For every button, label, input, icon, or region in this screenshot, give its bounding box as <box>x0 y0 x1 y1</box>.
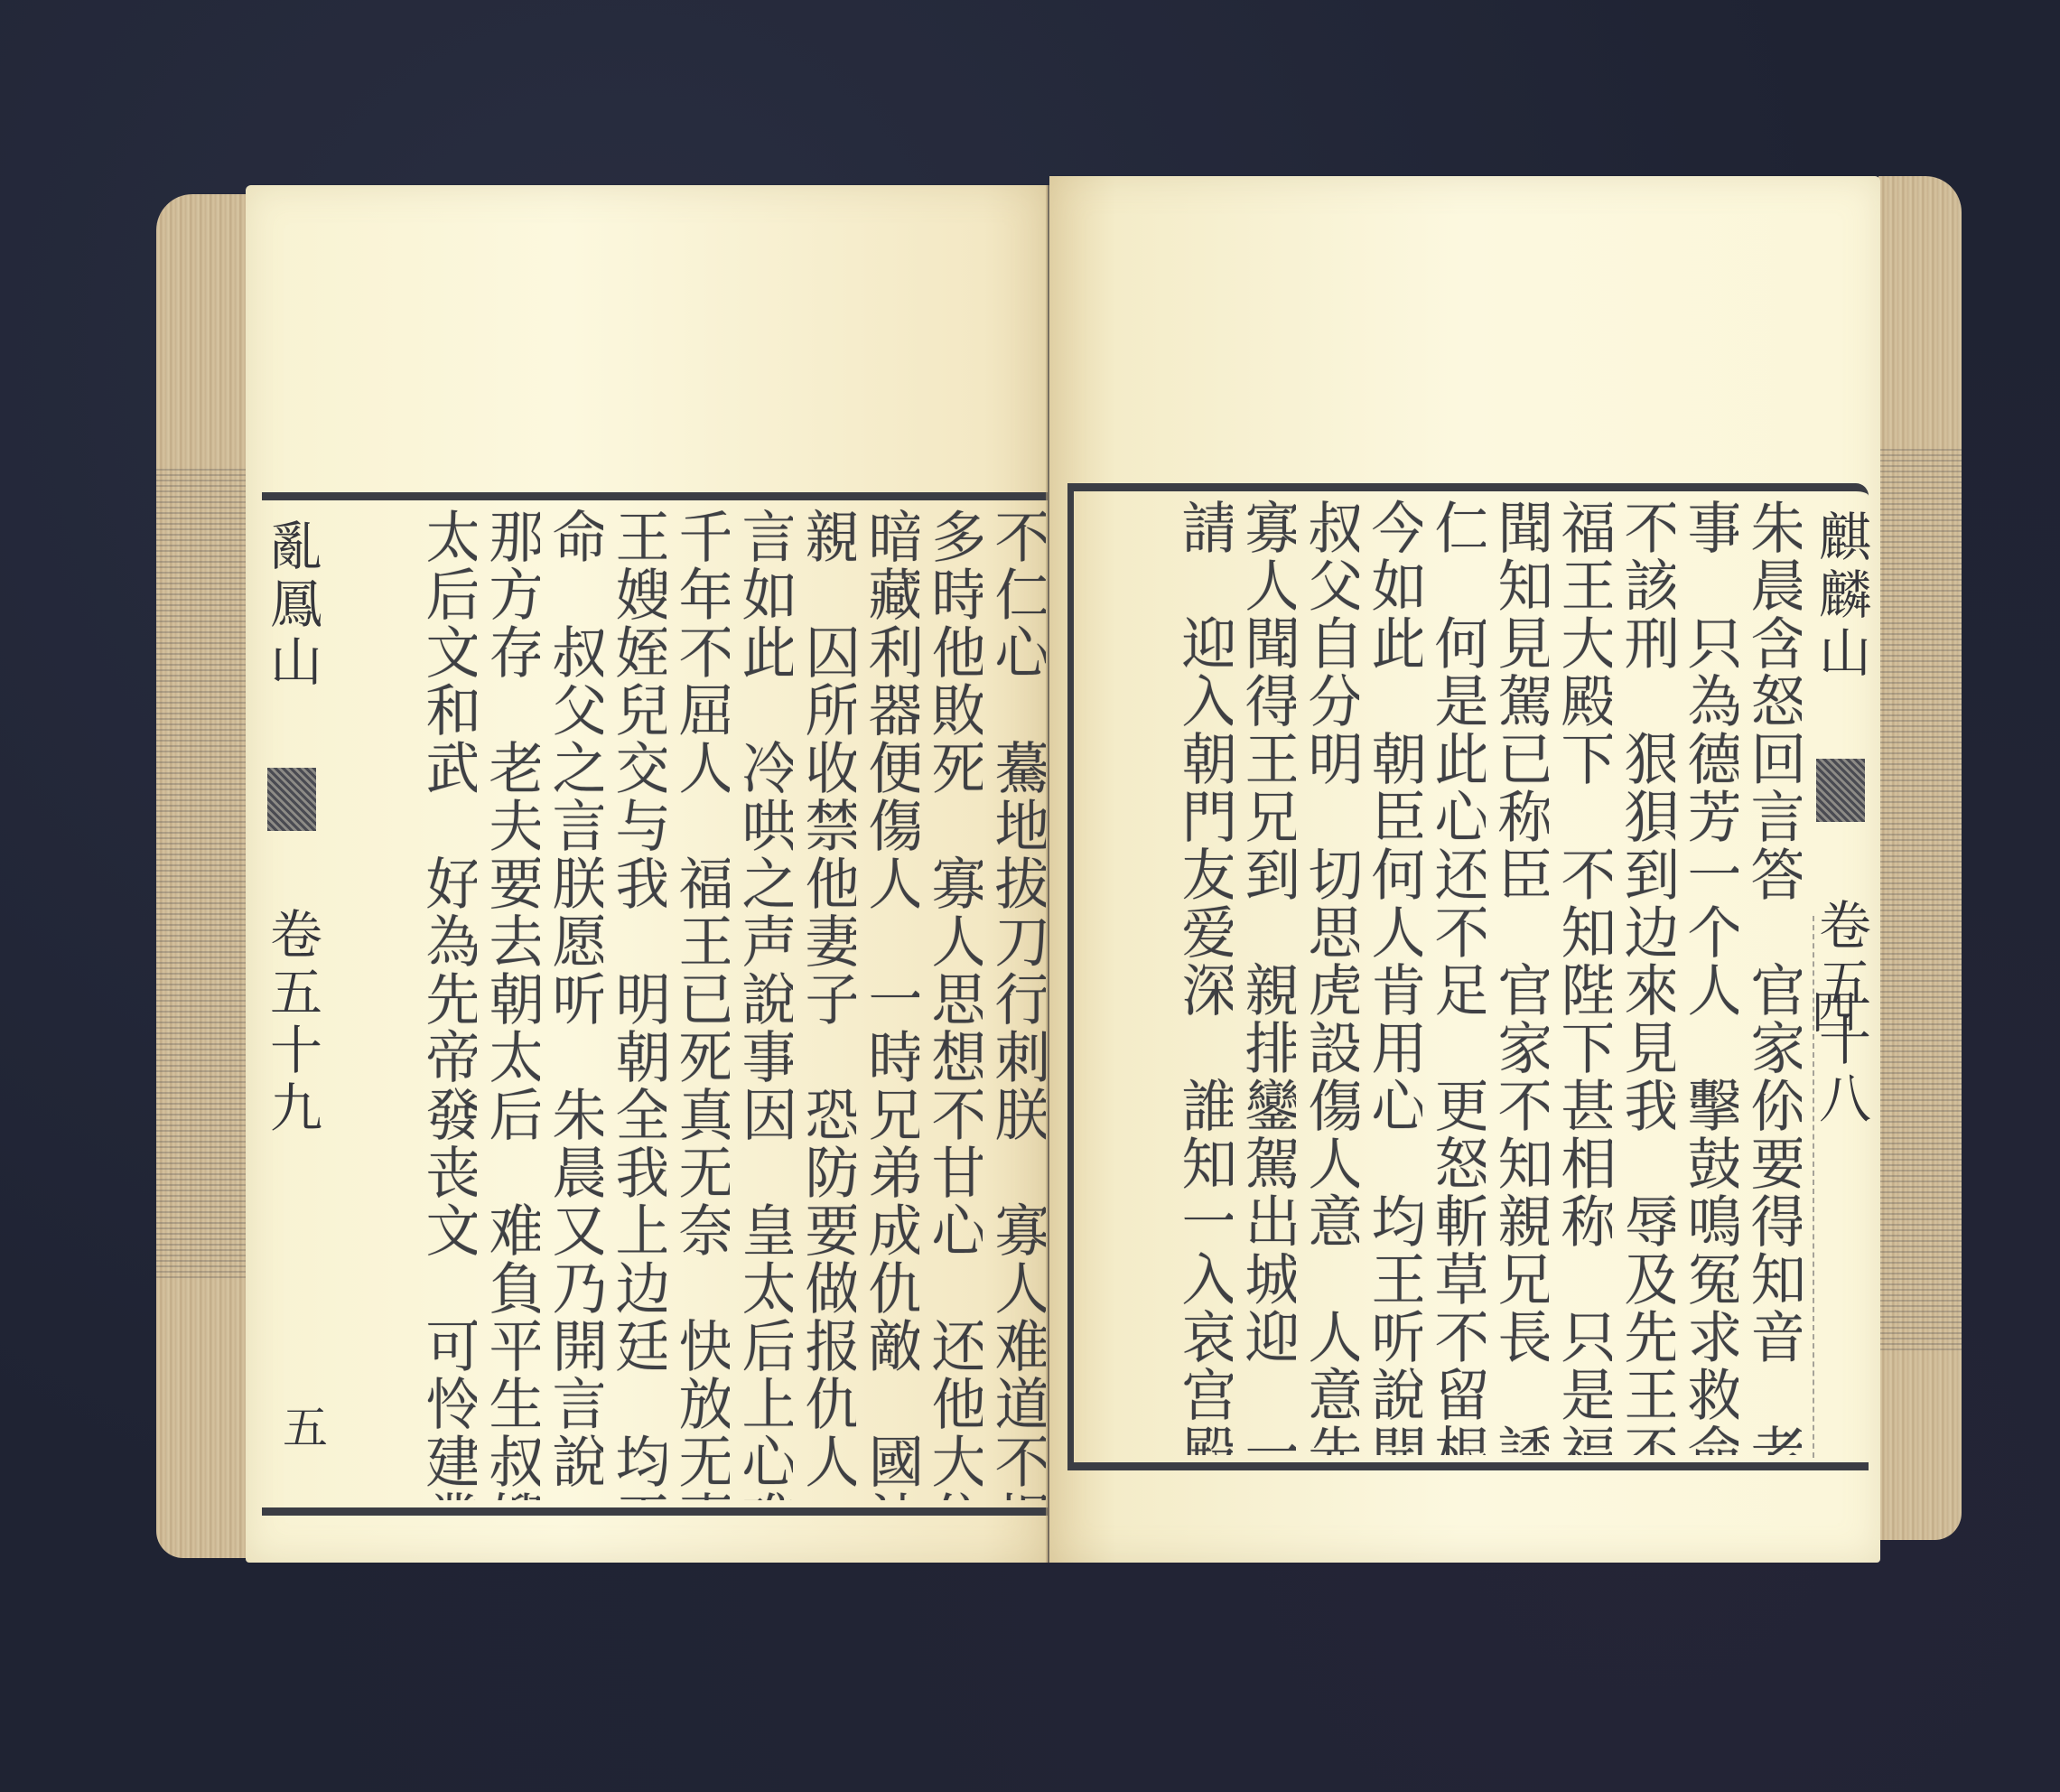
text-column: 王嫂姪兒交与我 明朝全我上边廷 均王不免称從 <box>607 508 666 1500</box>
text-column: 寡人聞得王兄到 親排鑾駕出城迎 一時謙遜來礼 <box>1236 499 1296 1455</box>
text-column: 不仁心 驀地拔刀行刺朕 寡人难道不相争 力閉 <box>986 508 1046 1500</box>
text-column: 那方存 老夫要去朝太后 难負平生叔嫂恩 明朝 <box>480 508 540 1500</box>
text-column: 聞知見駕已称臣 官家不知親兄長 誘殺哀宫太不 <box>1489 499 1549 1455</box>
open-book: 不仁心 驀地拔刀行刺朕 寡人难道不相争 力閉 多時他敗死 寡人思想不甘心 还他大… <box>0 0 2060 1792</box>
left-margin-volume: 卷五十九 <box>261 907 322 1138</box>
fishtail-mark-icon <box>267 768 316 831</box>
right-page-edge-stack <box>1878 176 1962 1540</box>
left-page-number: 五 <box>269 1404 334 1449</box>
right-page-number: 四 <box>1798 988 1863 1033</box>
text-column: 不該刑 狠狽到边來見我 辱及先王不可云 請問 <box>1616 499 1675 1455</box>
text-column: 親 囚所收禁他妻子 恐防要做报仇人 朱晨听說 <box>797 508 856 1500</box>
right-margin-column: 麒麟山 卷五十八 <box>1814 509 1867 1129</box>
left-margin-column: 亂鳳山 卷五十九 <box>266 518 318 1138</box>
right-page-print-frame: 朱晨含怒回言答 官家伱要得知音 老夫見駕非別 事 只為德芳一个人 擊鼓鳴冤求救命… <box>1067 483 1869 1470</box>
text-column: 請 迎入朝門友爱深 誰知一入哀宫殿 王兄便起 <box>1173 499 1233 1455</box>
left-margin-title: 亂鳳山 <box>261 518 322 692</box>
text-column: 今如此 朝臣何人肯用心 均王听說開言道 伏惟 <box>1363 499 1422 1455</box>
left-page-print-frame: 不仁心 驀地拔刀行刺朕 寡人难道不相争 力閉 多時他敗死 寡人思想不甘心 还他大… <box>262 492 1048 1516</box>
fishtail-mark-icon <box>1816 759 1865 822</box>
text-column: 太后文和武 好為先帝發丧文 可怜建業開基主 <box>417 508 477 1500</box>
text-column: 暗藏利器便傷人 一時兄弟成仇敵 國法從來不忍 <box>860 508 919 1500</box>
text-column: 福王大殿下 不知陛下甚相称 只是福王行非礼 <box>1552 499 1612 1455</box>
right-page: 朱晨含怒回言答 官家伱要得知音 老夫見駕非別 事 只為德芳一个人 擊鼓鳴冤求救命… <box>1049 176 1880 1563</box>
left-page: 不仁心 驀地拔刀行刺朕 寡人难道不相争 力閉 多時他敗死 寡人思想不甘心 还他大… <box>246 185 1048 1563</box>
text-column: 言如此 冷哄之声說事因 皇太后上心难昧 忠肇 <box>733 508 793 1500</box>
text-column: 千年不屈人 福王已死真无奈 快放无辜一眾人 <box>670 508 730 1500</box>
left-page-text-columns: 不仁心 驀地拔刀行刺朕 寡人难道不相争 力閉 多時他敗死 寡人思想不甘心 还他大… <box>325 508 1048 1500</box>
right-margin-title: 麒麟山 <box>1810 509 1871 683</box>
text-column: 命 叔父之言朕愿听 朱晨又乃開言說 寿王太后 <box>544 508 603 1500</box>
text-column: 叔父自分明 切思虎設傷人意 人意先生打虎心 <box>1300 499 1359 1455</box>
text-column: 仁 何是此心还不足 更怒斬草不留根 家中殘忍 <box>1426 499 1486 1455</box>
right-page-text-columns: 朱晨含怒回言答 官家伱要得知音 老夫見駕非別 事 只為德芳一个人 擊鼓鳴冤求救命… <box>1077 499 1804 1455</box>
left-page-edge-stack <box>156 194 247 1558</box>
text-column: 事 只為德芳一个人 擊鼓鳴冤求救命 自称无罪 <box>1679 499 1738 1455</box>
text-column: 多時他敗死 寡人思想不甘心 还他大位推不要 <box>923 508 983 1500</box>
text-column: 朱晨含怒回言答 官家伱要得知音 老夫見駕非別 <box>1742 499 1802 1455</box>
